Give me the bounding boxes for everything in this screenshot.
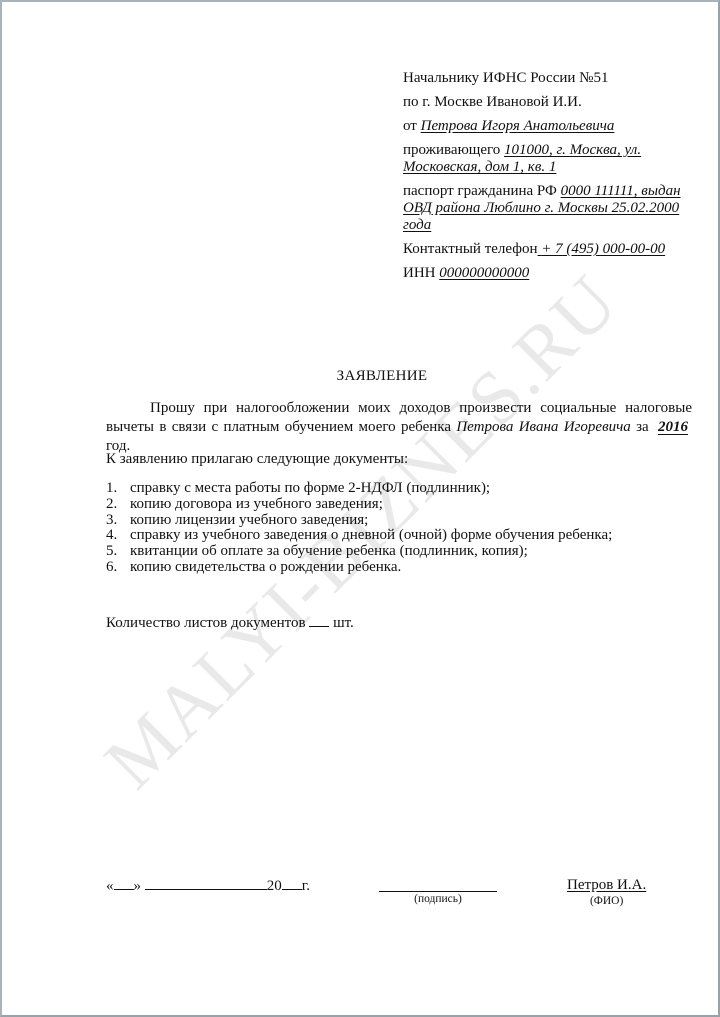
passport-value-2: ОВД района Люблино г. Москвы 25.02.2000 bbox=[403, 200, 679, 216]
phone-value: + 7 (495) 000-00-00 bbox=[538, 241, 666, 257]
addressee-line-2: по г. Москве Ивановой И.И. bbox=[403, 94, 693, 111]
document-title: ЗАЯВЛЕНИЕ bbox=[2, 368, 720, 385]
tax-year: 2016 bbox=[654, 419, 692, 435]
list-item-number: 2. bbox=[106, 497, 130, 513]
addressee-line-1: Начальнику ИФНС России №51 bbox=[403, 70, 693, 87]
applicant-name: Петрова Игоря Анатольевича bbox=[421, 118, 615, 134]
day-blank bbox=[114, 877, 134, 890]
attachments-list: 1.справку с места работы по форме 2-НДФЛ… bbox=[106, 481, 612, 576]
child-name: Петрова Ивана Игоревича bbox=[456, 419, 630, 435]
list-item-text: копию лицензии учебного заведения; bbox=[130, 513, 368, 529]
document-content: Начальнику ИФНС России №51 по г. Москве … bbox=[2, 2, 718, 1015]
phone-number: + 7 (495) 000-00-00 bbox=[541, 241, 665, 257]
list-item: 5.квитанции об оплате за обучение ребенк… bbox=[106, 544, 612, 560]
passport-value-3: года bbox=[403, 217, 431, 233]
list-item-number: 6. bbox=[106, 560, 130, 576]
address-value-1: 101000, г. Москва, ул. bbox=[504, 142, 641, 158]
signature-caption: (подпись) bbox=[379, 893, 497, 905]
inn-label: ИНН bbox=[403, 265, 436, 281]
list-item-text: копию договора из учебного заведения; bbox=[130, 497, 383, 513]
list-item: 4.справку из учебного заведения о дневно… bbox=[106, 528, 612, 544]
request-prefix: вычеты в связи с платным обучением моего… bbox=[106, 419, 451, 435]
year-suffix: г. bbox=[302, 878, 310, 894]
date-field: «» 20г. bbox=[106, 877, 310, 895]
sheet-count-blank bbox=[309, 614, 329, 627]
signature-field: (подпись) bbox=[379, 877, 497, 905]
signature-row: «» 20г. (подпись) Петров И.А. (ФИО) bbox=[2, 877, 720, 917]
list-item: 1.справку с места работы по форме 2-НДФЛ… bbox=[106, 481, 612, 497]
applicant-inn: ИНН 000000000000 bbox=[403, 265, 693, 282]
applicant-from: от Петрова Игоря Анатольевича bbox=[403, 118, 693, 135]
document-page: MALYI-BIZNES.RU Начальнику ИФНС России №… bbox=[0, 0, 720, 1017]
list-item-text: копию свидетельства о рождении ребенка. bbox=[130, 560, 401, 576]
list-item-number: 5. bbox=[106, 544, 130, 560]
sheet-count-label: Количество листов документов bbox=[106, 615, 306, 631]
attachments-intro: К заявлению прилагаю следующие документы… bbox=[106, 451, 408, 468]
inn-value: 000000000000 bbox=[439, 265, 529, 281]
list-item: 6.копию свидетельства о рождении ребенка… bbox=[106, 560, 612, 576]
addressee-block: Начальнику ИФНС России №51 по г. Москве … bbox=[403, 70, 693, 289]
request-line-1: Прошу при налогообложении моих доходов п… bbox=[106, 399, 692, 418]
applicant-phone: Контактный телефон + 7 (495) 000-00-00 bbox=[403, 241, 693, 258]
signer-name: Петров И.А. bbox=[567, 877, 646, 894]
address-value-2: Московская, дом 1, кв. 1 bbox=[403, 159, 556, 175]
residing-label: проживающего bbox=[403, 142, 500, 158]
sheet-count-unit: шт. bbox=[333, 615, 354, 631]
sheet-count: Количество листов документов шт. bbox=[106, 614, 354, 632]
list-item-text: квитанции об оплате за обучение ребенка … bbox=[130, 544, 528, 560]
list-item: 2.копию договора из учебного заведения; bbox=[106, 497, 612, 513]
signature-line bbox=[379, 877, 497, 892]
passport-label: паспорт гражданина РФ bbox=[403, 183, 557, 199]
name-caption: (ФИО) bbox=[567, 895, 646, 907]
list-item-text: справку с места работы по форме 2-НДФЛ (… bbox=[130, 481, 490, 497]
list-item: 3.копию лицензии учебного заведения; bbox=[106, 513, 612, 529]
applicant-passport: паспорт гражданина РФ 0000 111111, выдан… bbox=[403, 183, 693, 234]
quote-close: » bbox=[134, 878, 142, 894]
request-paragraph: Прошу при налогообложении моих доходов п… bbox=[106, 399, 692, 456]
list-item-number: 4. bbox=[106, 528, 130, 544]
applicant-address: проживающего 101000, г. Москва, ул. Моск… bbox=[403, 142, 693, 176]
passport-value-1: 0000 111111, выдан bbox=[561, 183, 681, 199]
request-for: за bbox=[636, 419, 649, 435]
year-blank bbox=[282, 877, 302, 890]
phone-label: Контактный телефон bbox=[403, 241, 538, 257]
list-item-number: 1. bbox=[106, 481, 130, 497]
quote-open: « bbox=[106, 878, 114, 894]
month-blank bbox=[145, 877, 267, 890]
name-field: Петров И.А. (ФИО) bbox=[567, 877, 646, 907]
from-label: от bbox=[403, 118, 417, 134]
list-item-text: справку из учебного заведения о дневной … bbox=[130, 528, 612, 544]
century: 20 bbox=[267, 878, 282, 894]
list-item-number: 3. bbox=[106, 513, 130, 529]
